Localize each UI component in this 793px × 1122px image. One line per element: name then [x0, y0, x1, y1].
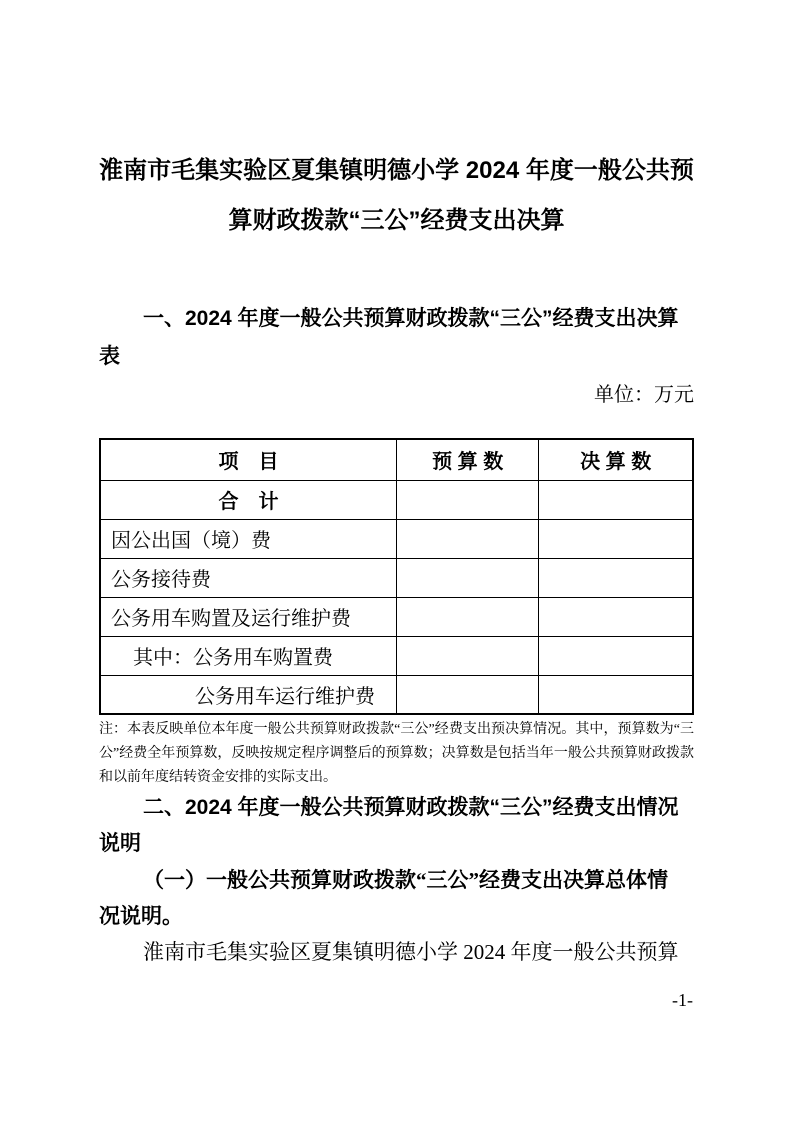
section2-sub1-line2: 况说明。: [99, 898, 694, 934]
budget-value-cell: [397, 558, 539, 597]
table-header-row: 项 目 预 算 数 决 算 数: [100, 439, 693, 480]
table-row: 其中：公务用车购置费: [100, 636, 693, 675]
table-row: 因公出国（境）费: [100, 519, 693, 558]
section2-heading: 二、2024 年度一般公共预算财政拨款“三公”经费支出情况 说明: [99, 790, 694, 862]
final-value-cell: [539, 558, 693, 597]
document-title-line1: 淮南市毛集实验区夏集镇明德小学 2024 年度一般公共预: [99, 146, 694, 196]
section2-sub1-line1: （一）一般公共预算财政拨款“三公”经费支出决算总体情: [99, 862, 694, 898]
budget-value-cell: [397, 480, 539, 519]
section2-sub1-heading: （一）一般公共预算财政拨款“三公”经费支出决算总体情 况说明。: [99, 862, 694, 934]
column-header-final: 决 算 数: [539, 439, 693, 480]
document-title: 淮南市毛集实验区夏集镇明德小学 2024 年度一般公共预 算财政拨款“三公”经费…: [99, 146, 694, 246]
budget-value-cell: [397, 675, 539, 714]
row-label-abroad: 因公出国（境）费: [100, 519, 397, 558]
row-label-vehicle-total: 公务用车购置及运行维护费: [100, 597, 397, 636]
budget-value-cell: [397, 636, 539, 675]
table-row: 合 计: [100, 480, 693, 519]
budget-value-cell: [397, 597, 539, 636]
row-label-total: 合 计: [100, 480, 397, 519]
table-row: 公务用车购置及运行维护费: [100, 597, 693, 636]
document-title-line2: 算财政拨款“三公”经费支出决算: [99, 196, 694, 246]
column-header-item: 项 目: [100, 439, 397, 480]
row-label-reception: 公务接待费: [100, 558, 397, 597]
budget-value-cell: [397, 519, 539, 558]
section2-heading-line2: 说明: [99, 826, 694, 862]
page-number: -1-: [672, 990, 693, 1011]
sangong-expense-table: 项 目 预 算 数 决 算 数 合 计 因公出国（境）费 公务接待费: [99, 438, 694, 715]
table-row: 公务接待费: [100, 558, 693, 597]
final-value-cell: [539, 675, 693, 714]
table-row: 公务用车运行维护费: [100, 675, 693, 714]
row-label-vehicle-operation: 公务用车运行维护费: [100, 675, 397, 714]
table-note: 注：本表反映单位本年度一般公共预算财政拨款“三公”经费支出预决算情况。其中，预算…: [99, 718, 694, 790]
section2-paragraph: 淮南市毛集实验区夏集镇明德小学 2024 年度一般公共预算: [99, 934, 694, 970]
section1-heading: 一、2024 年度一般公共预算财政拨款“三公”经费支出决算 表: [99, 300, 694, 376]
row-label-vehicle-purchase: 其中：公务用车购置费: [100, 636, 397, 675]
section1-heading-line1: 一、2024 年度一般公共预算财政拨款“三公”经费支出决算: [99, 300, 694, 338]
unit-label: 单位：万元: [99, 376, 694, 414]
section2-heading-line1: 二、2024 年度一般公共预算财政拨款“三公”经费支出情况: [99, 790, 694, 826]
final-value-cell: [539, 597, 693, 636]
final-value-cell: [539, 636, 693, 675]
document-page: 淮南市毛集实验区夏集镇明德小学 2024 年度一般公共预 算财政拨款“三公”经费…: [0, 0, 793, 1122]
section1-heading-line2: 表: [99, 338, 694, 376]
final-value-cell: [539, 519, 693, 558]
column-header-budget: 预 算 数: [397, 439, 539, 480]
final-value-cell: [539, 480, 693, 519]
